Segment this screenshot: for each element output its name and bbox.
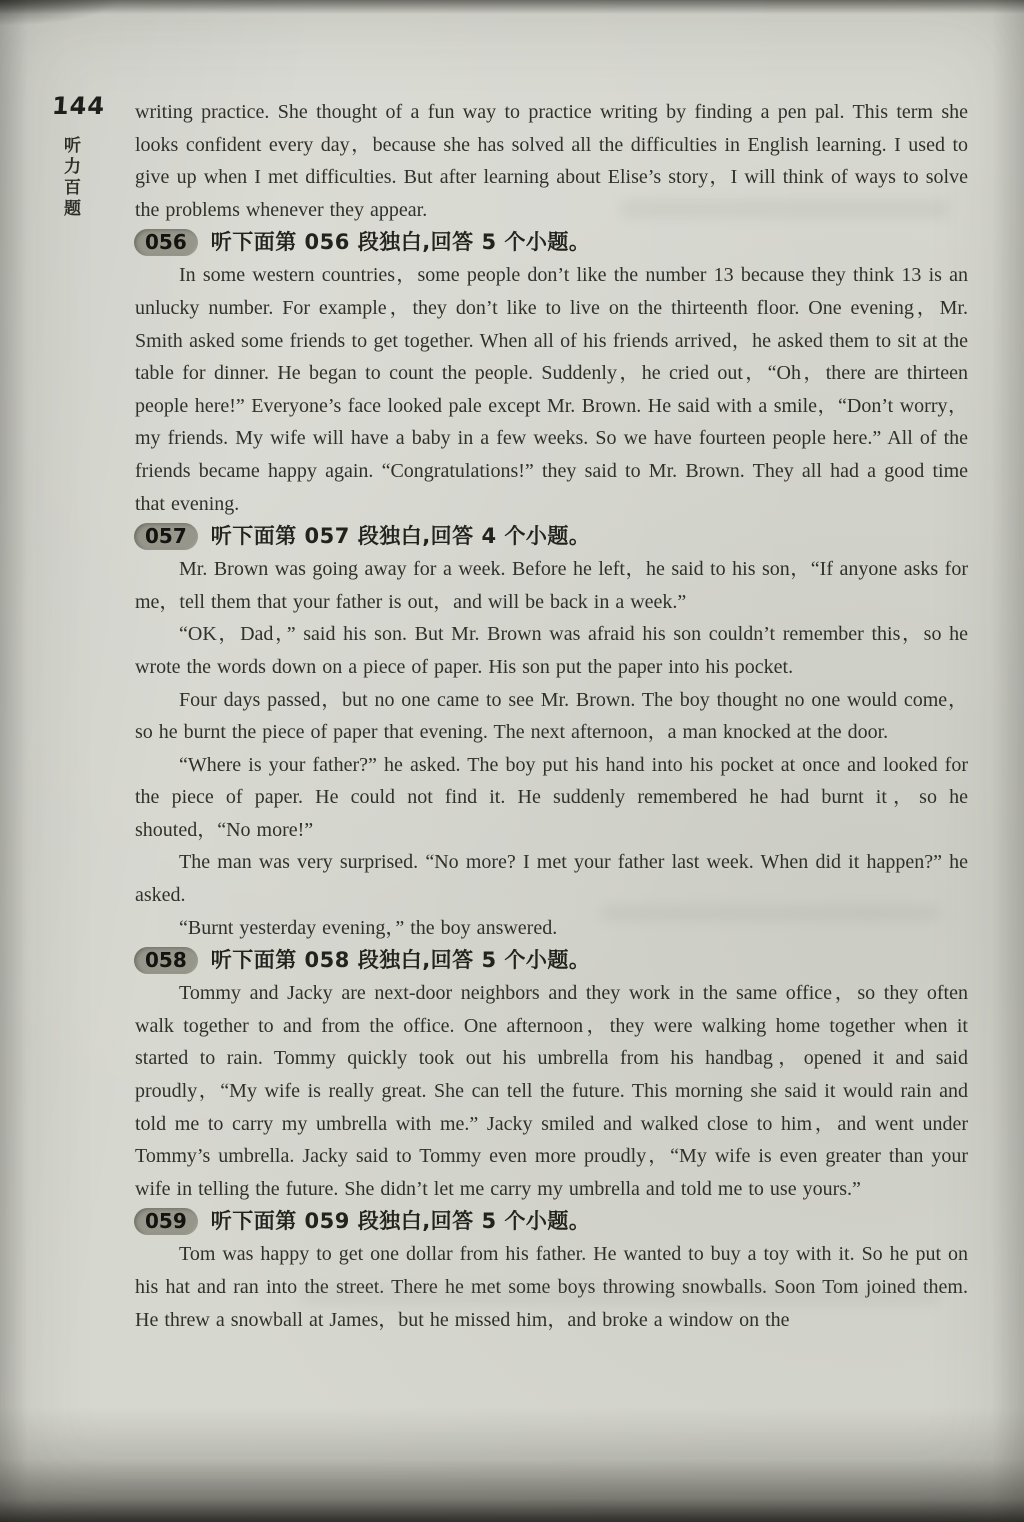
passage-paragraph: In some western countries，some people do… (135, 259, 968, 520)
page-edge-shadow-left (0, 0, 28, 1522)
section-heading-058: 058 听下面第 058 段独白,回答 5 个小题。 (134, 944, 968, 977)
page-corner-shadow (0, 0, 120, 26)
passage-paragraph: Mr. Brown was going away for a week. Bef… (135, 553, 968, 618)
book-page: 144 听力百题 writing practice. She thought o… (0, 0, 1024, 1522)
passage-paragraph: Tom was happy to get one dollar from his… (135, 1238, 968, 1336)
section-badge: 059 (134, 1208, 198, 1235)
passage-paragraph: Tommy and Jacky are next-door neighbors … (135, 977, 968, 1205)
section-heading-057: 057 听下面第 057 段独白,回答 4 个小题。 (134, 520, 968, 553)
passage-paragraph: Four days passed，but no one came to see … (135, 684, 968, 749)
section-heading-059: 059 听下面第 059 段独白,回答 5 个小题。 (134, 1205, 968, 1238)
section-heading-text: 听下面第 058 段独白,回答 5 个小题。 (211, 944, 591, 977)
section-heading-text: 听下面第 059 段独白,回答 5 个小题。 (211, 1205, 591, 1238)
page-content: writing practice. She thought of a fun w… (135, 96, 968, 1336)
section-badge: 057 (134, 523, 198, 550)
section-badge: 056 (134, 229, 198, 256)
page-number: 144 (51, 94, 106, 118)
passage-paragraph: The man was very surprised. “No more? I … (135, 846, 968, 911)
passage-paragraph: “Burnt yesterday evening，” the boy answe… (135, 912, 968, 945)
passage-paragraph: “OK，Dad，” said his son. But Mr. Brown wa… (135, 618, 968, 683)
sidebar-title: 听力百题 (58, 136, 81, 220)
section-heading-056: 056 听下面第 056 段独白,回答 5 个小题。 (134, 226, 968, 259)
section-badge: 058 (134, 947, 198, 974)
intro-paragraph: writing practice. She thought of a fun w… (135, 96, 968, 226)
section-heading-text: 听下面第 056 段独白,回答 5 个小题。 (211, 226, 591, 259)
page-edge-shadow-right (992, 0, 1024, 1522)
section-heading-text: 听下面第 057 段独白,回答 4 个小题。 (211, 520, 591, 553)
page-edge-shadow-top (0, 0, 1024, 14)
passage-paragraph: “Where is your father?” he asked. The bo… (135, 749, 968, 847)
page-edge-shadow-bottom (0, 1407, 1024, 1522)
